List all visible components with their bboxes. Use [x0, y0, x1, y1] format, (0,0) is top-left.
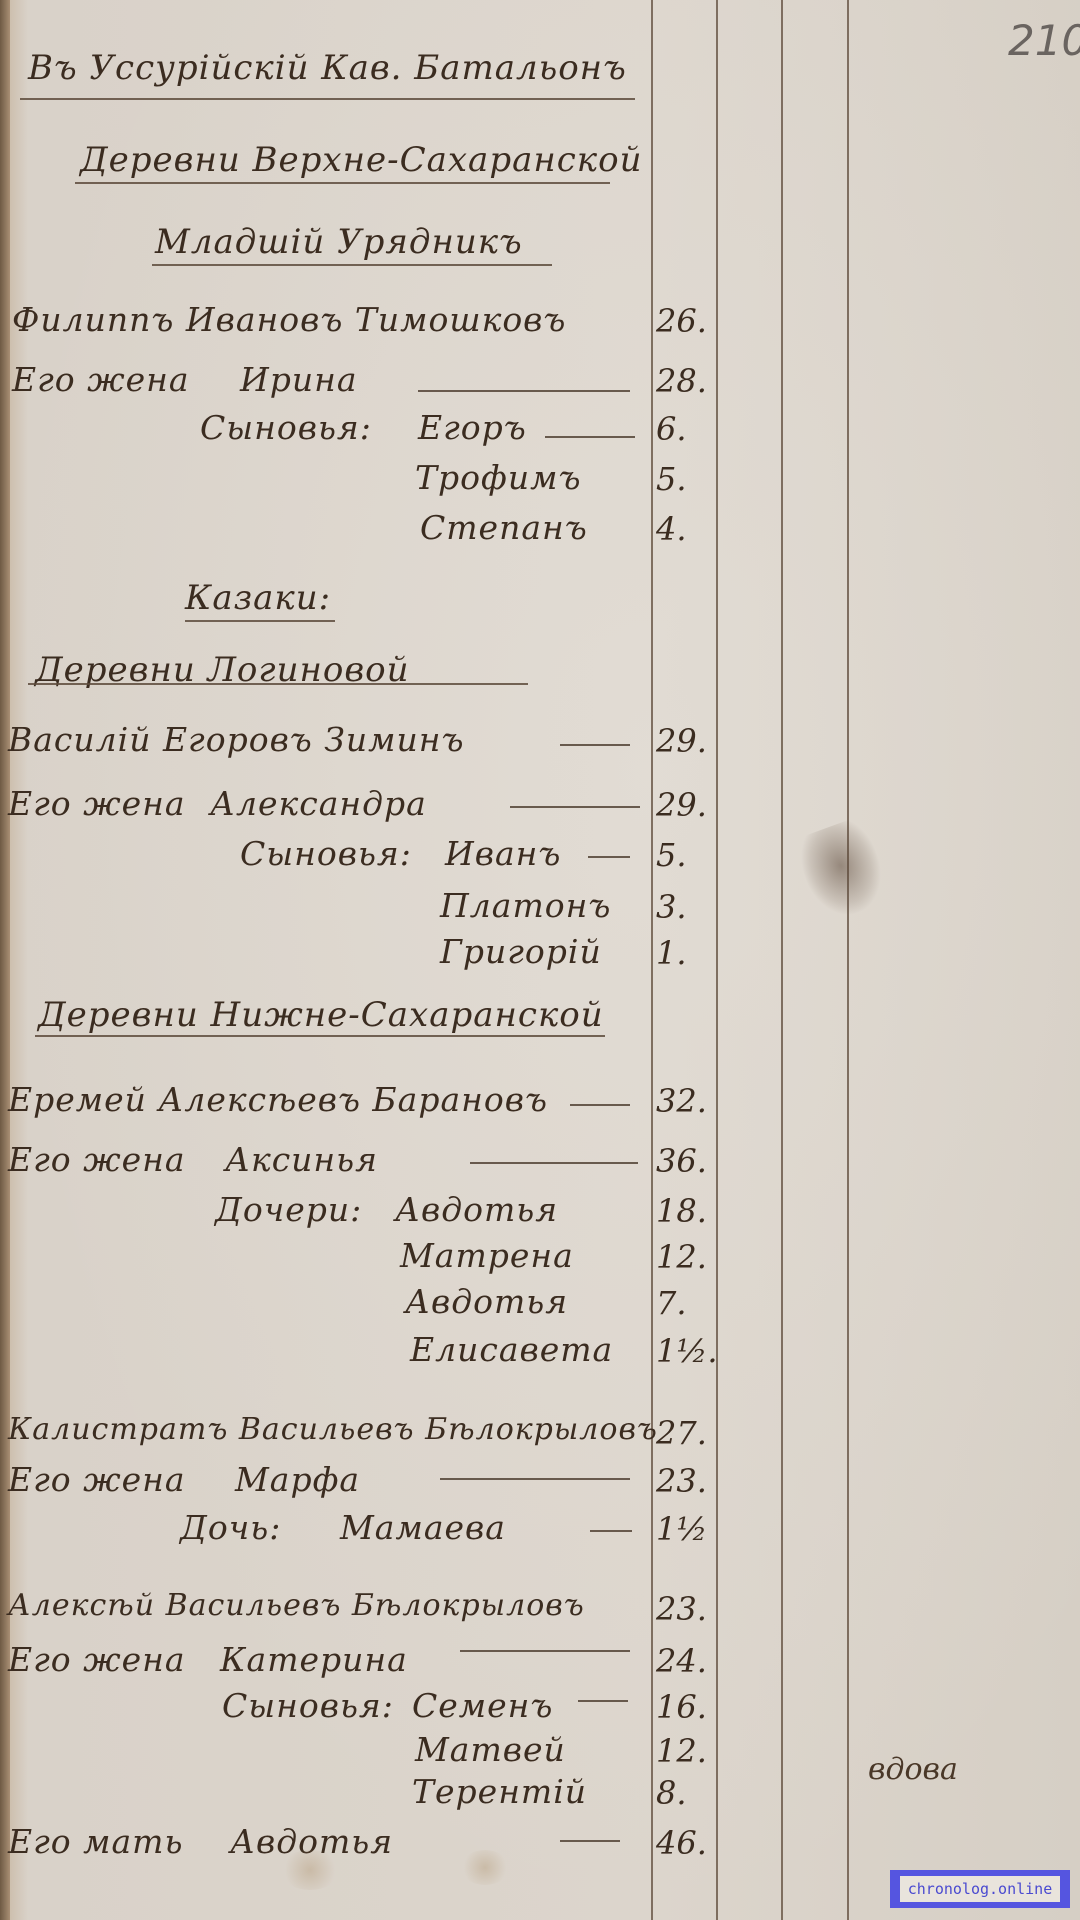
entry-head: Филиппъ Ивановъ Тимошковъ: [12, 300, 566, 339]
entry-name: Елисавета: [410, 1330, 613, 1369]
age-value: 1½.: [656, 1332, 716, 1370]
water-stain: [460, 1850, 510, 1885]
village-heading-lower: Деревни Нижне-Сахаранской: [38, 995, 604, 1035]
age-value: 36.: [656, 1142, 716, 1180]
age-value: 32.: [656, 1082, 716, 1120]
filler-line: [578, 1700, 628, 1702]
filler-line: [470, 1162, 638, 1164]
age-value: 18.: [656, 1192, 716, 1230]
entry-name: Платонъ: [440, 886, 611, 925]
age-value: 46.: [656, 1824, 716, 1862]
filler-line: [570, 1104, 630, 1106]
entry-name: Катерина: [220, 1640, 408, 1679]
entry-name: Степанъ: [420, 508, 588, 547]
column-rule-2: [716, 0, 718, 1920]
entry-name: Терентій: [412, 1772, 587, 1811]
age-value: 6.: [656, 410, 716, 448]
age-value: 1½: [656, 1510, 716, 1548]
water-stain: [280, 1850, 340, 1890]
village-underline: [35, 1035, 605, 1037]
entry-label: Сыновья:: [222, 1686, 394, 1725]
age-value: 4.: [656, 510, 716, 548]
age-value: 5.: [656, 460, 716, 498]
filler-line: [510, 806, 640, 808]
age-value: 23.: [656, 1462, 716, 1500]
entry-name: Аксинья: [225, 1140, 378, 1179]
entry-label: Его мать: [8, 1822, 183, 1861]
entry-head: Алексѣй Васильевъ Бѣлокрыловъ: [8, 1588, 585, 1623]
entry-label: Сыновья:: [200, 408, 372, 447]
title-underline: [20, 98, 635, 100]
watermark-badge: chronolog.online: [890, 1870, 1070, 1908]
village-underline: [75, 182, 610, 184]
rank-heading: Младшій Урядникъ: [155, 222, 523, 262]
entry-label: Его жена: [8, 1140, 186, 1179]
village-heading-upper: Деревни Верхне-Сахаранской: [80, 140, 642, 180]
book-spine: [0, 0, 10, 1920]
entry-name: Авдотья: [405, 1282, 568, 1321]
age-value: 27.: [656, 1414, 716, 1452]
age-value: 29.: [656, 722, 716, 760]
filler-line: [560, 744, 630, 746]
entry-name: Марфа: [235, 1460, 360, 1499]
filler-line: [418, 390, 630, 392]
entry-name: Матрена: [400, 1236, 574, 1275]
margin-note: вдова: [868, 1752, 958, 1787]
entry-label: Дочери:: [215, 1190, 362, 1229]
column-rule-3: [781, 0, 783, 1920]
filler-line: [545, 436, 635, 438]
entry-name: Ирина: [240, 360, 358, 399]
entry-name: Григорій: [440, 932, 602, 971]
filler-line: [560, 1840, 620, 1842]
ink-smudge: [792, 815, 893, 925]
entry-head: Калистратъ Васильевъ Бѣлокрыловъ: [8, 1412, 658, 1447]
age-value: 8.: [656, 1774, 716, 1812]
age-value: 29.: [656, 786, 716, 824]
column-rule-age-left: [651, 0, 653, 1920]
entry-name: Иванъ: [445, 834, 561, 873]
watermark-text: chronolog.online: [900, 1876, 1061, 1902]
entry-name: Мамаева: [340, 1508, 506, 1547]
age-value: 23.: [656, 1590, 716, 1628]
battalion-title: Въ Уссурійскій Кав. Батальонъ: [28, 48, 627, 88]
entry-name: Матвей: [415, 1730, 566, 1769]
age-value: 12.: [656, 1732, 716, 1770]
filler-line: [588, 856, 630, 858]
entry-label: Его жена: [12, 360, 190, 399]
entry-label: Его жена: [8, 784, 186, 823]
entry-label: Дочь:: [180, 1508, 281, 1547]
filler-line: [590, 1530, 632, 1532]
entry-head: Еремей Алексѣевъ Барановъ: [8, 1080, 548, 1119]
age-value: 5.: [656, 836, 716, 874]
entry-label: Сыновья:: [240, 834, 412, 873]
section-heading-cossacks: Казаки:: [185, 578, 331, 618]
rank-underline: [152, 264, 552, 266]
age-value: 7.: [656, 1284, 716, 1322]
entry-name: Авдотья: [395, 1190, 558, 1229]
age-value: 16.: [656, 1688, 716, 1726]
village-underline: [28, 683, 528, 685]
age-value: 1.: [656, 934, 716, 972]
entry-name: Александра: [210, 784, 427, 823]
cossacks-underline: [185, 620, 335, 622]
entry-name: Трофимъ: [415, 458, 581, 497]
column-rule-4: [847, 0, 849, 1920]
age-value: 24.: [656, 1642, 716, 1680]
age-value: 26.: [656, 302, 716, 340]
entry-name: Семенъ: [412, 1686, 553, 1725]
register-page: 210 Въ Уссурійскій Кав. Батальонъ Деревн…: [0, 0, 1080, 1920]
filler-line: [440, 1478, 630, 1480]
age-value: 12.: [656, 1238, 716, 1276]
filler-line: [460, 1650, 630, 1652]
age-value: 3.: [656, 888, 716, 926]
age-value: 28.: [656, 362, 716, 400]
entry-label: Его жена: [8, 1460, 186, 1499]
entry-name: Егоръ: [418, 408, 527, 447]
entry-label: Его жена: [8, 1640, 186, 1679]
entry-head: Василій Егоровъ Зиминъ: [8, 720, 464, 759]
page-number: 210: [1008, 16, 1080, 65]
